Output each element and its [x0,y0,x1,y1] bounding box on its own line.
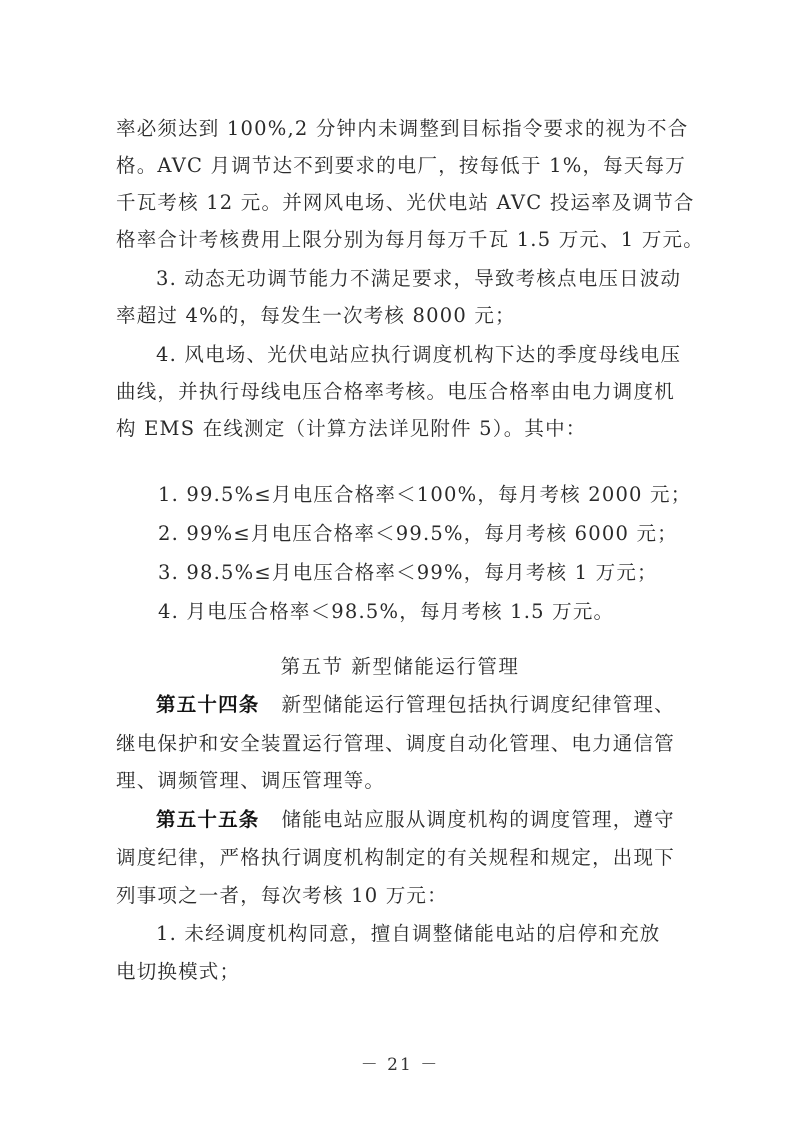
text-line: 理、调频管理、调压管理等。 [116,769,686,793]
list-item: 1. 99.5%≤月电压合格率＜100%，每月考核 2000 元； [158,483,728,507]
text-line: 列事项之一者，每次考核 10 万元： [116,884,686,908]
text-line: 千瓦考核 12 元。并网风电场、光伏电站 AVC 投运率及调节合 [116,191,686,215]
page-number: － 21 － [0,1050,800,1075]
article-label: 第五十五条 [156,808,260,831]
text-line: 率必须达到 100%,2 分钟内未调整到目标指令要求的视为不合 [116,117,686,141]
text-line: 曲线，并执行母线电压合格率考核。电压合格率由电力调度机 [116,380,686,404]
text-line: 3. 动态无功调节能力不满足要求，导致考核点电压日波动 [156,267,686,291]
text-line: 4. 风电场、光伏电站应执行调度机构下达的季度母线电压 [156,343,686,367]
text-line: 调度纪律，严格执行调度机构制定的有关规程和规定，出现下 [116,846,686,870]
article-label: 第五十四条 [156,693,260,716]
list-item: 2. 99%≤月电压合格率＜99.5%，每月考核 6000 元； [158,522,728,546]
text-line: 1. 未经调度机构同意，擅自调整储能电站的启停和充放 [156,922,686,946]
text-line: 格率合计考核费用上限分别为每月每万千瓦 1.5 万元、1 万元。 [116,228,686,252]
article-text: 新型储能运行管理包括执行调度纪律管理、 [282,693,675,716]
text-line: 继电保护和安全装置运行管理、调度自动化管理、电力通信管 [116,732,686,756]
text-line: 格。AVC 月调节达不到要求的电厂，按每低于 1%，每天每万 [116,154,686,178]
article-55-first-line: 第五十五条储能电站应服从调度机构的调度管理，遵守 [156,808,686,832]
text-line: 率超过 4%的，每发生一次考核 8000 元； [116,304,686,328]
text-line: 构 EMS 在线测定（计算方法详见附件 5）。其中： [116,417,686,441]
article-54-first-line: 第五十四条新型储能运行管理包括执行调度纪律管理、 [156,693,686,717]
article-text: 储能电站应服从调度机构的调度管理，遵守 [282,808,675,831]
text-line: 电切换模式； [116,960,686,984]
list-item: 4. 月电压合格率＜98.5%，每月考核 1.5 万元。 [158,600,728,624]
list-item: 3. 98.5%≤月电压合格率＜99%，每月考核 1 万元； [158,561,728,585]
section-title: 第五节 新型储能运行管理 [0,655,800,679]
document-page: 率必须达到 100%,2 分钟内未调整到目标指令要求的视为不合 格。AVC 月调… [0,0,800,1131]
